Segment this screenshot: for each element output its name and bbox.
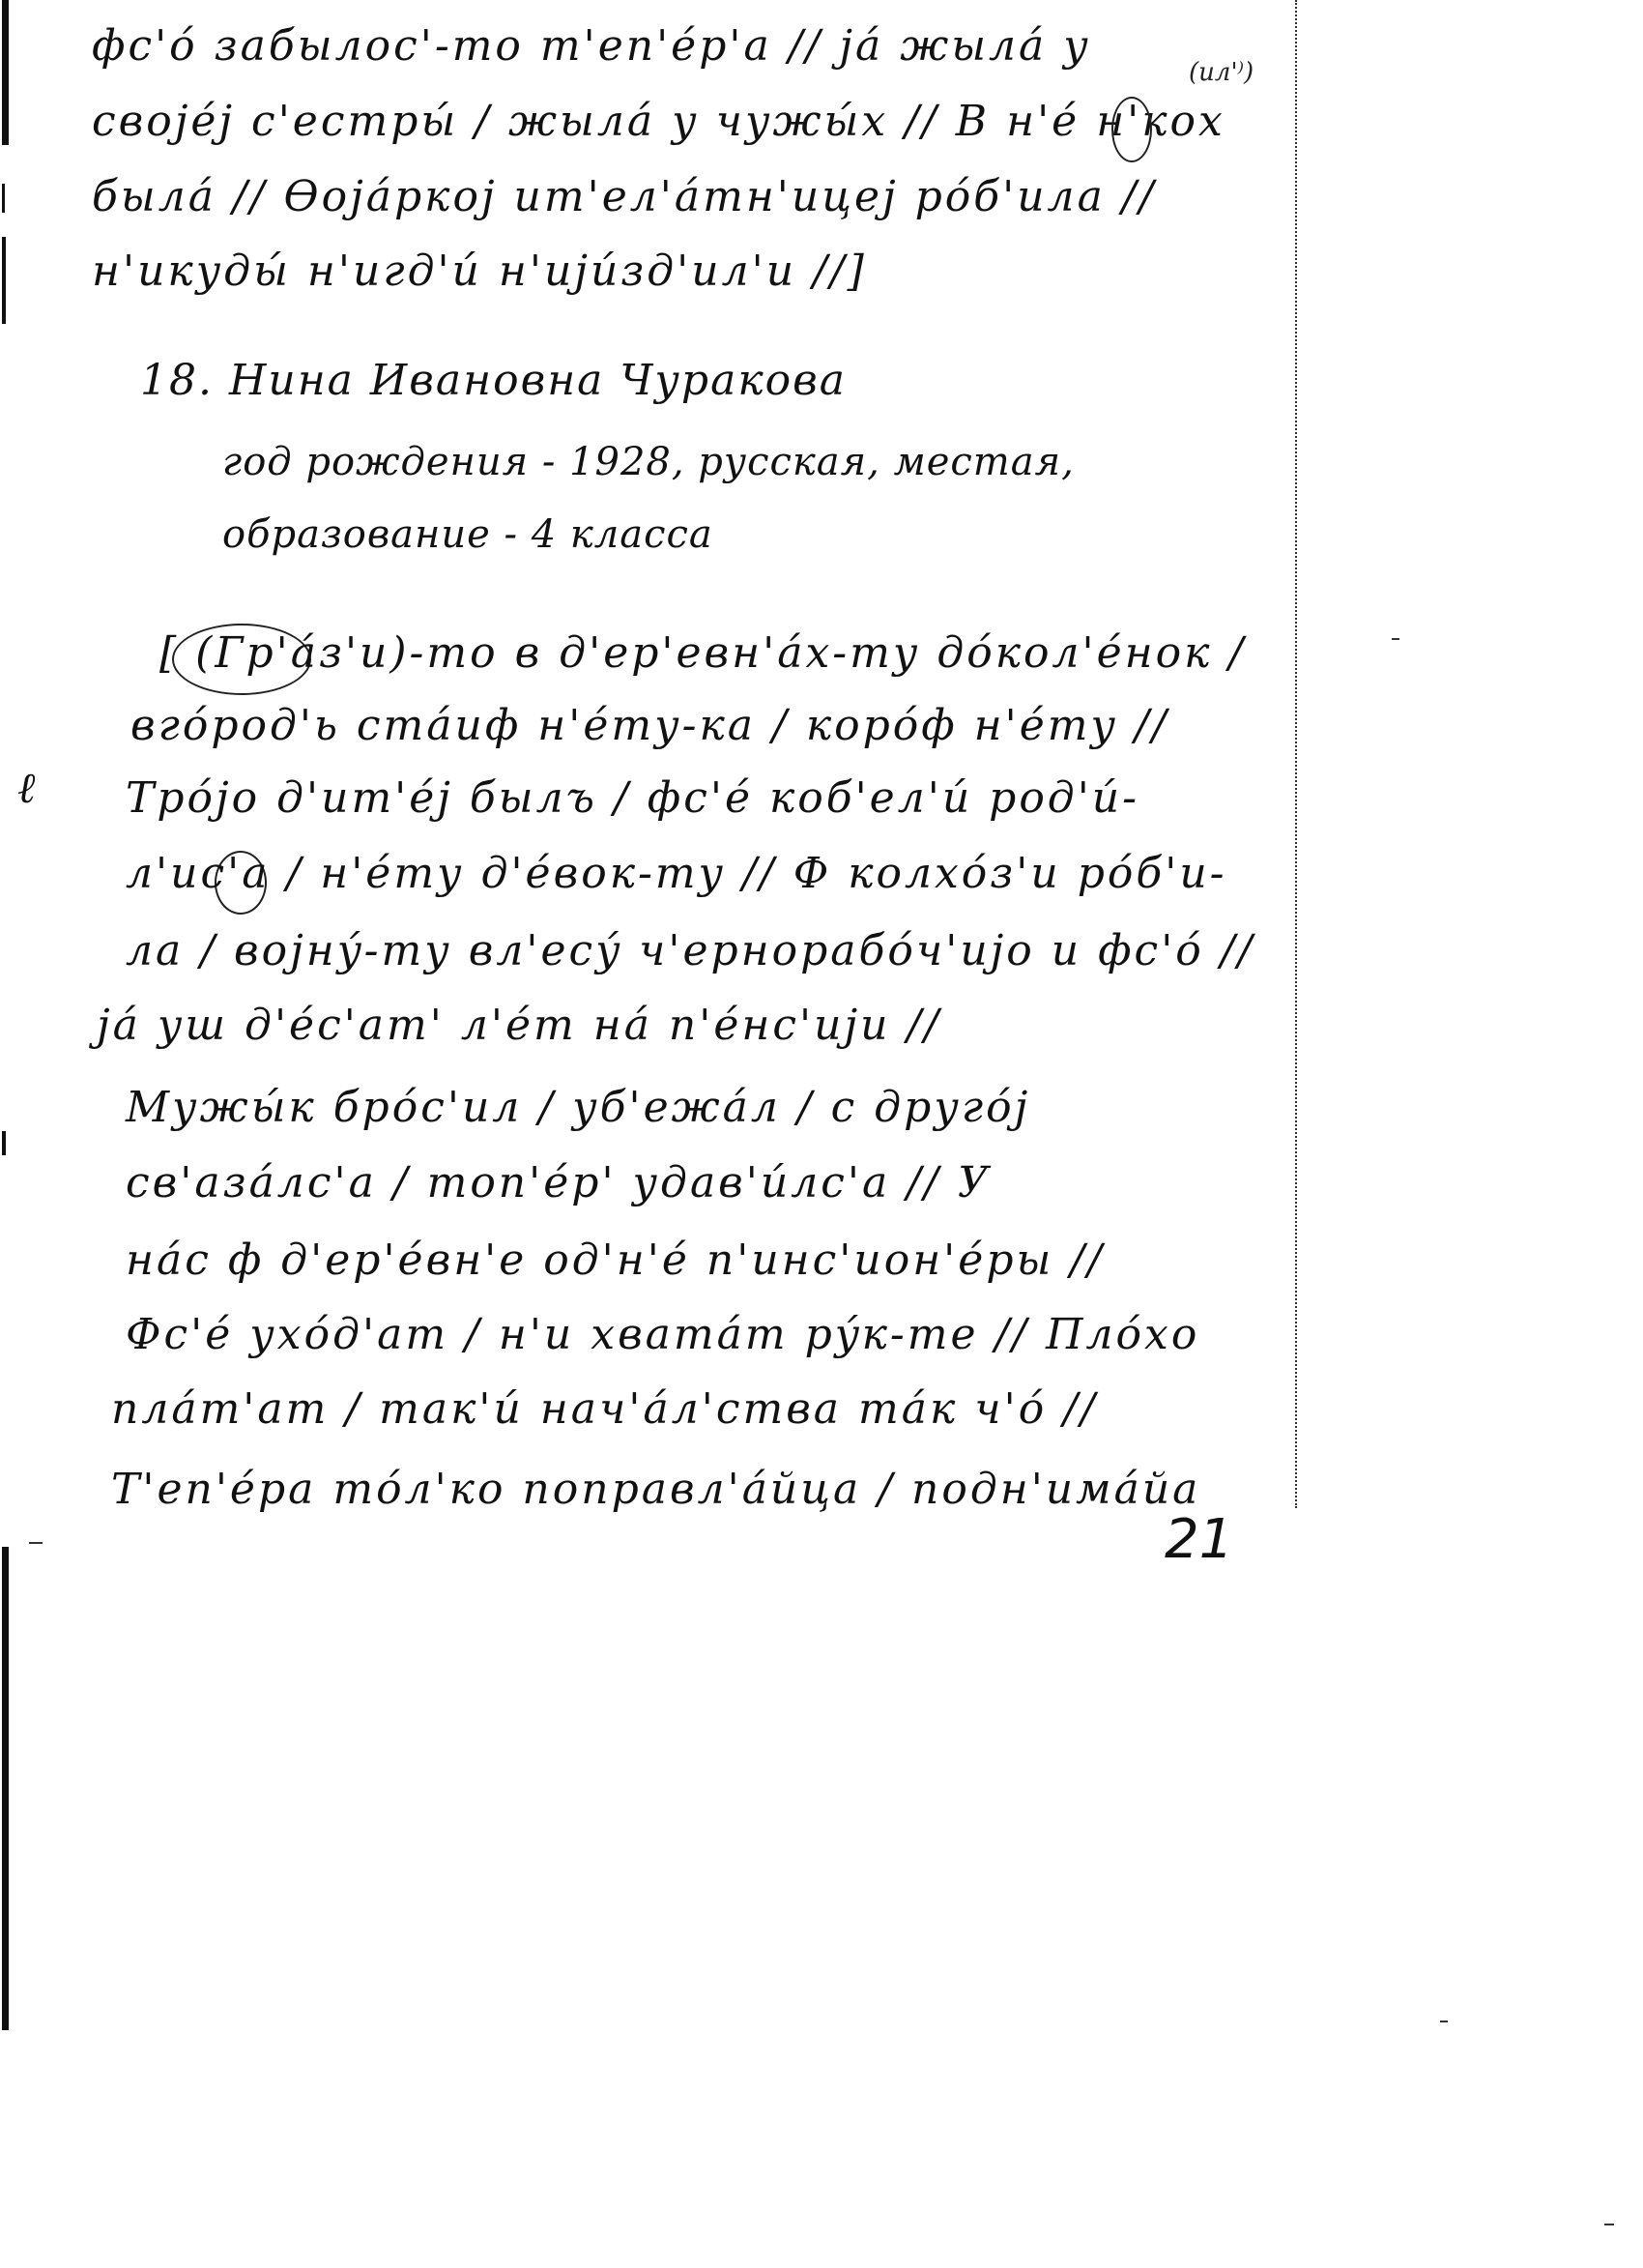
text-line: св'азáлс'а / топ'éр' удав'и́лс'а // У [126, 1158, 992, 1207]
text-line: своjéj с'естры́ / жылá у чужы́х // В н'é… [92, 97, 1225, 146]
text-line: л'ис'а / н'éту д'éвок-ту // Ф колхóз'и р… [126, 849, 1227, 898]
text-line: плáт'ат / так'и́ нач'áл'ства тáк ч'ó // [111, 1384, 1098, 1434]
informant-heading: 18. Нина Ивановна Чуракова [140, 356, 847, 405]
scan-speck [1604, 2224, 1614, 2225]
informant-number: 18. [140, 356, 214, 405]
text-line: Трójо д'ит'éj былъ / фс'é коб'ел'и́ род'… [126, 773, 1139, 823]
text-line: Т'еп'éра тóл'ко поправл'áйца / подн'имáй… [111, 1465, 1200, 1514]
informant-education-line: образование - 4 класса [222, 512, 713, 557]
text-line: былá // Ѳоjáркоj ит'ел'áтн'ицеj рóб'ила … [92, 172, 1156, 221]
scan-edge-bar [2, 0, 9, 145]
informant-name: Нина Ивановна Чуракова [229, 356, 847, 405]
text-line: ла / воjнý-ту вл'есý ч'ернорабóч'иjо и ф… [126, 926, 1254, 975]
scan-edge-bar [2, 1547, 9, 2030]
text-line: Мужы́к брóс'ил / уб'ежáл / с другój [126, 1083, 1030, 1132]
page-right-edge [1295, 0, 1297, 1508]
page-number: 21 [1165, 1508, 1233, 1571]
margin-note: ℓ [17, 764, 35, 813]
text-line: Фс'é ухóд'ат / н'и хватáт рýк-те // Плóх… [126, 1310, 1199, 1359]
text-line: фс'ó забылос'-то т'еп'éр'а // já жылá у [92, 21, 1091, 71]
scan-speck [29, 1542, 43, 1544]
scan-edge-bar [2, 237, 6, 324]
circled-letter [1111, 97, 1152, 162]
text-line: [ (Гр'áз'и)-то в д'ер'евн'áх-ту дóкол'éн… [159, 628, 1246, 678]
scan-edge-bar [2, 184, 5, 213]
scanned-page: фс'ó забылос'-то т'еп'éр'а // já жылá у … [0, 0, 1643, 2268]
informant-birth-line: год рождения - 1928, русская, местая, [222, 440, 1075, 484]
annotation-note: (ил'⁾) [1189, 58, 1254, 87]
scan-speck [1392, 638, 1399, 640]
text-line: н'икуды́ н'игд'и́ н'иjи́зд'ил'и //] [92, 247, 867, 296]
text-line: нáс ф д'ер'éвн'е од'н'é п'инс'ион'éры // [126, 1236, 1105, 1285]
scan-speck [1440, 2021, 1448, 2022]
scan-edge-bar [2, 1131, 6, 1155]
text-line: já уш д'éс'ат' л'éт нá п'éнс'иjи // [97, 1001, 941, 1050]
text-line: вгóрод'ь стáиф н'éту-ка / корóф н'éту // [130, 701, 1169, 750]
